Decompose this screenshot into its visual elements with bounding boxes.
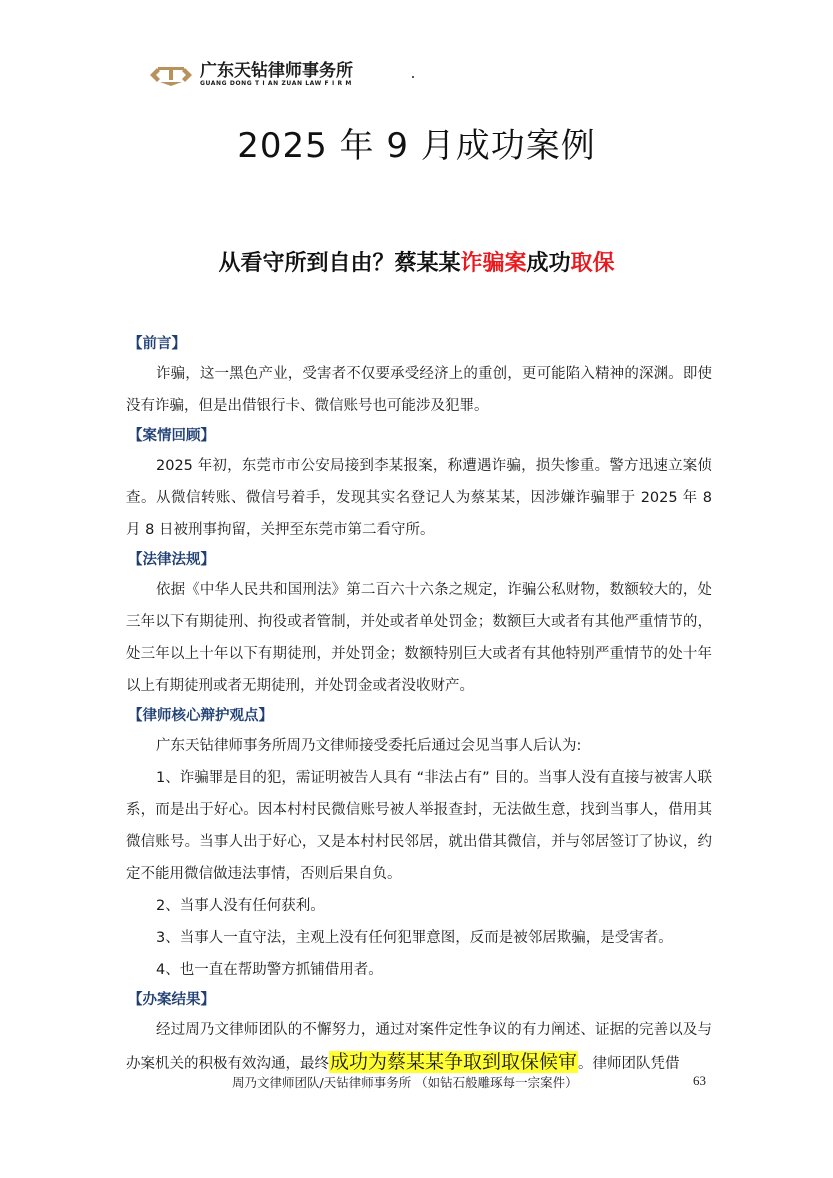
defense-point-3: 3、当事人一直守法，主观上没有任何犯罪意图，反而是被邻居欺骗，是受害者。 xyxy=(126,922,712,954)
defense-point-1: 1、诈骗罪是目的犯，需证明被告人具有 “非法占有” 目的。当事人没有直接与被害人… xyxy=(126,762,712,890)
stray-dot xyxy=(412,76,414,78)
page-number: 63 xyxy=(693,1073,706,1089)
defense-point-2: 2、当事人没有任何获利。 xyxy=(126,890,712,922)
section-heading-law: 【法律法规】 xyxy=(128,546,712,574)
defense-point-4: 4、也一直在帮助警方抓铺借用者。 xyxy=(126,954,712,986)
firm-header: 广东天钻律师事务所 GUANG DONG T I AN ZUAN LAW F I… xyxy=(148,60,353,90)
result-text-after: 。律师团队凭借 xyxy=(578,1056,680,1072)
article-subtitle: 从看守所到自由？蔡某某诈骗案成功取保 xyxy=(0,246,833,277)
document-title: 2025 年 9 月成功案例 xyxy=(0,118,833,167)
subtitle-bail: 取保 xyxy=(571,251,615,276)
law-paragraph: 依据《中华人民共和国刑法》第二百六十六条之规定，诈骗公私财物，数额较大的，处三年… xyxy=(126,574,712,702)
result-highlight: 成功为蔡某某争取到取保候审 xyxy=(329,1051,578,1073)
subtitle-fraud-case: 诈骗案 xyxy=(460,251,526,276)
subtitle-part-1: 从看守所到自由？蔡某某 xyxy=(218,251,460,276)
defense-intro: 广东天钻律师事务所周乃文律师接受委托后通过会见当事人后认为: xyxy=(126,730,712,762)
footer-text: 周乃文律师团队/天钻律师事务所 （如钻石般雕琢每一宗案件） xyxy=(232,1073,578,1091)
firm-name-en: GUANG DONG T I AN ZUAN LAW F I R M xyxy=(200,81,353,87)
section-heading-result: 【办案结果】 xyxy=(128,986,712,1014)
firm-name-cn: 广东天钻律师事务所 xyxy=(200,63,353,80)
section-heading-defense: 【律师核心辩护观点】 xyxy=(128,702,712,730)
article-body: 【前言】 诈骗，这一黑色产业，受害者不仅要承受经济上的重创，更可能陷入精神的深渊… xyxy=(126,330,712,1080)
section-heading-preface: 【前言】 xyxy=(128,330,712,358)
preface-paragraph: 诈骗，这一黑色产业，受害者不仅要承受经济上的重创，更可能陷入精神的深渊。即使没有… xyxy=(126,358,712,422)
section-heading-case-review: 【案情回顾】 xyxy=(128,422,712,450)
result-paragraph: 经过周乃文律师团队的不懈努力，通过对案件定性争议的有力阐述、证据的完善以及与办案… xyxy=(126,1014,712,1080)
subtitle-part-3: 成功 xyxy=(527,251,571,276)
diamond-t-logo-icon xyxy=(148,64,194,86)
case-review-paragraph: 2025 年初，东莞市市公安局接到李某报案，称遭遇诈骗，损失惨重。警方迅速立案侦… xyxy=(126,450,712,546)
